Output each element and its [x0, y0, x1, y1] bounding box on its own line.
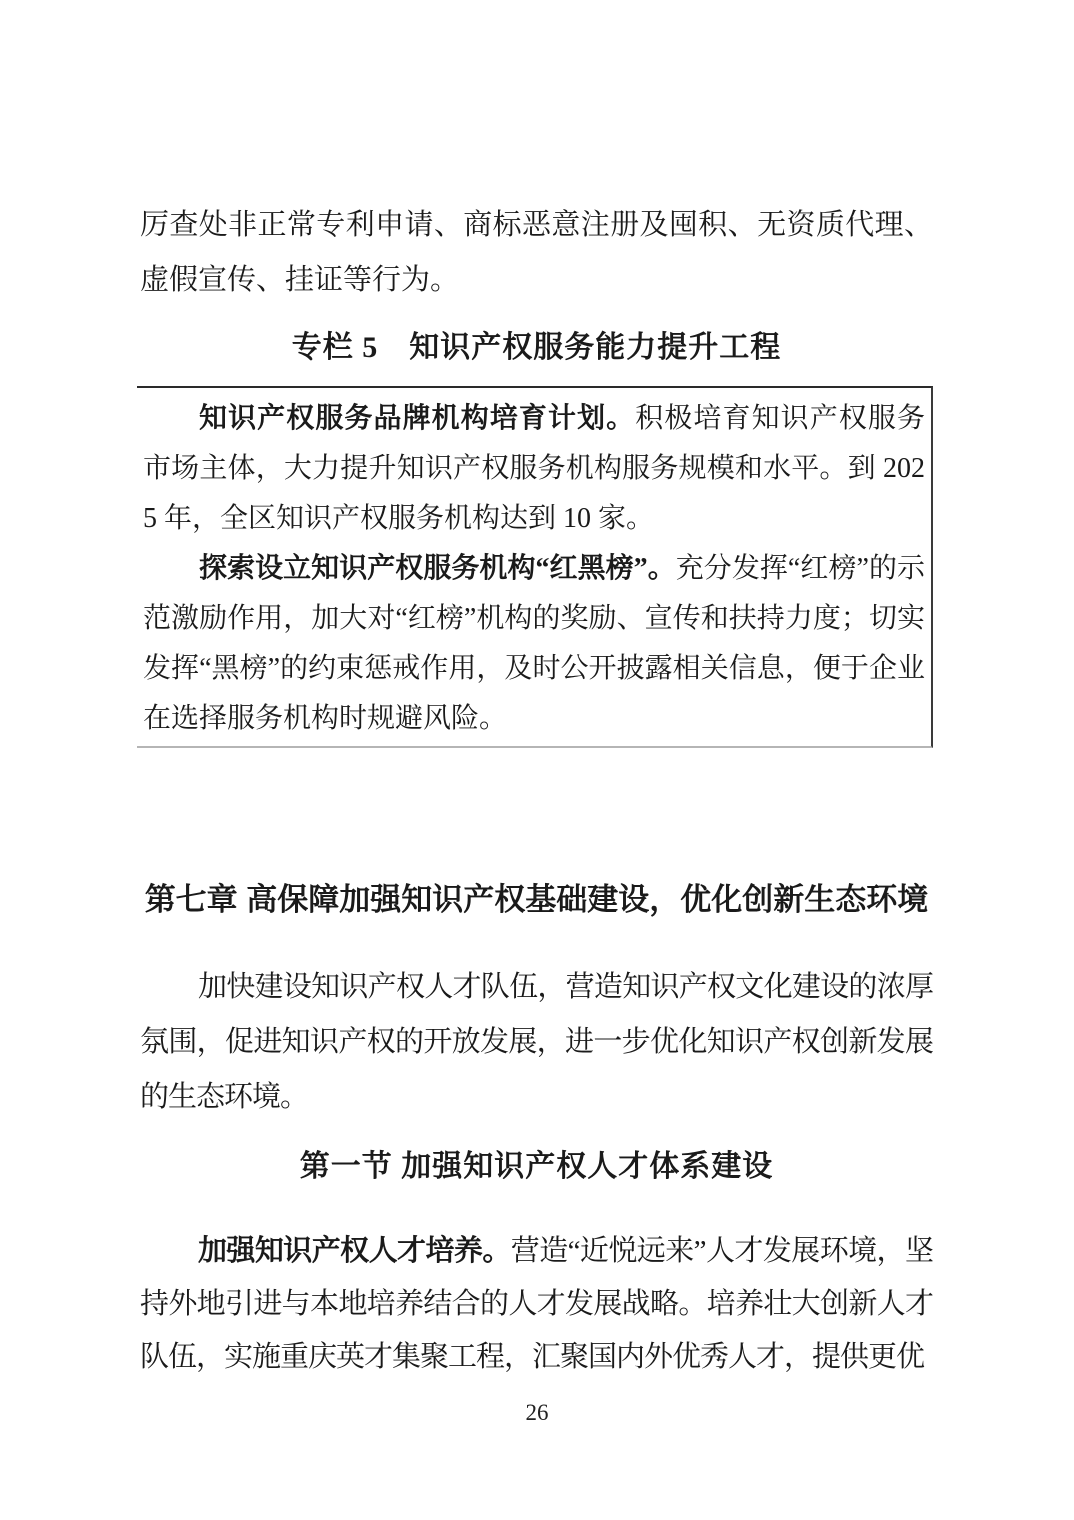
section-paragraph: 加强知识产权人才培养。营造“近悦远来”人才发展环境，坚持外地引进与本地培养结合的… — [140, 1225, 933, 1384]
paragraph-lead: 加强知识产权人才培养。 — [198, 1235, 511, 1267]
section-1-heading: 第一节 加强知识产权人才体系建设 — [140, 1147, 933, 1187]
page-content: 厉查处非正常专利申请、商标恶意注册及囤积、无资质代理、虚假宣传、挂证等行为。 专… — [140, 198, 933, 1384]
page-number: 26 — [0, 1400, 1074, 1426]
panel-paragraph-brand-plan: 知识产权服务品牌机构培育计划。积极培育知识产权服务市场主体，大力提升知识产权服务… — [143, 394, 925, 544]
chapter-intro-paragraph: 加快建设知识产权人才队伍，营造知识产权文化建设的浓厚氛围，促进知识产权的开放发展… — [140, 960, 933, 1125]
paragraph-lead: 知识产权服务品牌机构培育计划。 — [199, 403, 635, 434]
document-page: 厉查处非正常专利申请、商标恶意注册及囤积、无资质代理、虚假宣传、挂证等行为。 专… — [0, 0, 1074, 1520]
paragraph-lead: 探索设立知识产权服务机构“红黑榜”。 — [199, 553, 676, 584]
panel-paragraph-red-black-list: 探索设立知识产权服务机构“红黑榜”。充分发挥“红榜”的示范激励作用，加大对“红榜… — [143, 544, 925, 744]
panel-5-box: 知识产权服务品牌机构培育计划。积极培育知识产权服务市场主体，大力提升知识产权服务… — [137, 386, 933, 748]
chapter-7-heading: 第七章 高保障加强知识产权基础建设，优化创新生态环境 — [140, 880, 933, 920]
paragraph-continuation: 厉查处非正常专利申请、商标恶意注册及囤积、无资质代理、虚假宣传、挂证等行为。 — [140, 198, 933, 308]
panel-5-title: 专栏 5 知识产权服务能力提升工程 — [140, 328, 933, 368]
